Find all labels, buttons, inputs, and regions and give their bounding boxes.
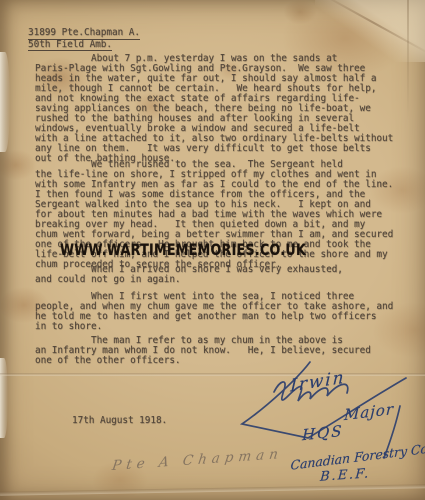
letter-header: 31899 Pte.Chapman A.50th Field Amb. bbox=[28, 28, 140, 51]
torn-edge-bottom-left bbox=[0, 358, 8, 438]
website-watermark: WWW.WARTIMEMEMORIES.CO.UK bbox=[60, 241, 290, 259]
torn-edge-top-left bbox=[0, 52, 10, 152]
letter-paragraph: When I first went into the sea, I notice… bbox=[35, 292, 409, 332]
letter-date: 17th August 1918. bbox=[72, 416, 167, 426]
service-number-name: 31899 Pte.Chapman A. bbox=[28, 28, 140, 40]
scanned-letter-page: { "document": { "header": { "line1": "31… bbox=[0, 0, 425, 500]
letter-paragraph: About 7 p.m. yesterday I was on the sand… bbox=[35, 54, 409, 164]
letter-paragraph: When I arrived on shore I was very exhau… bbox=[35, 265, 409, 285]
unit-line: 50th Field Amb. bbox=[28, 40, 112, 52]
